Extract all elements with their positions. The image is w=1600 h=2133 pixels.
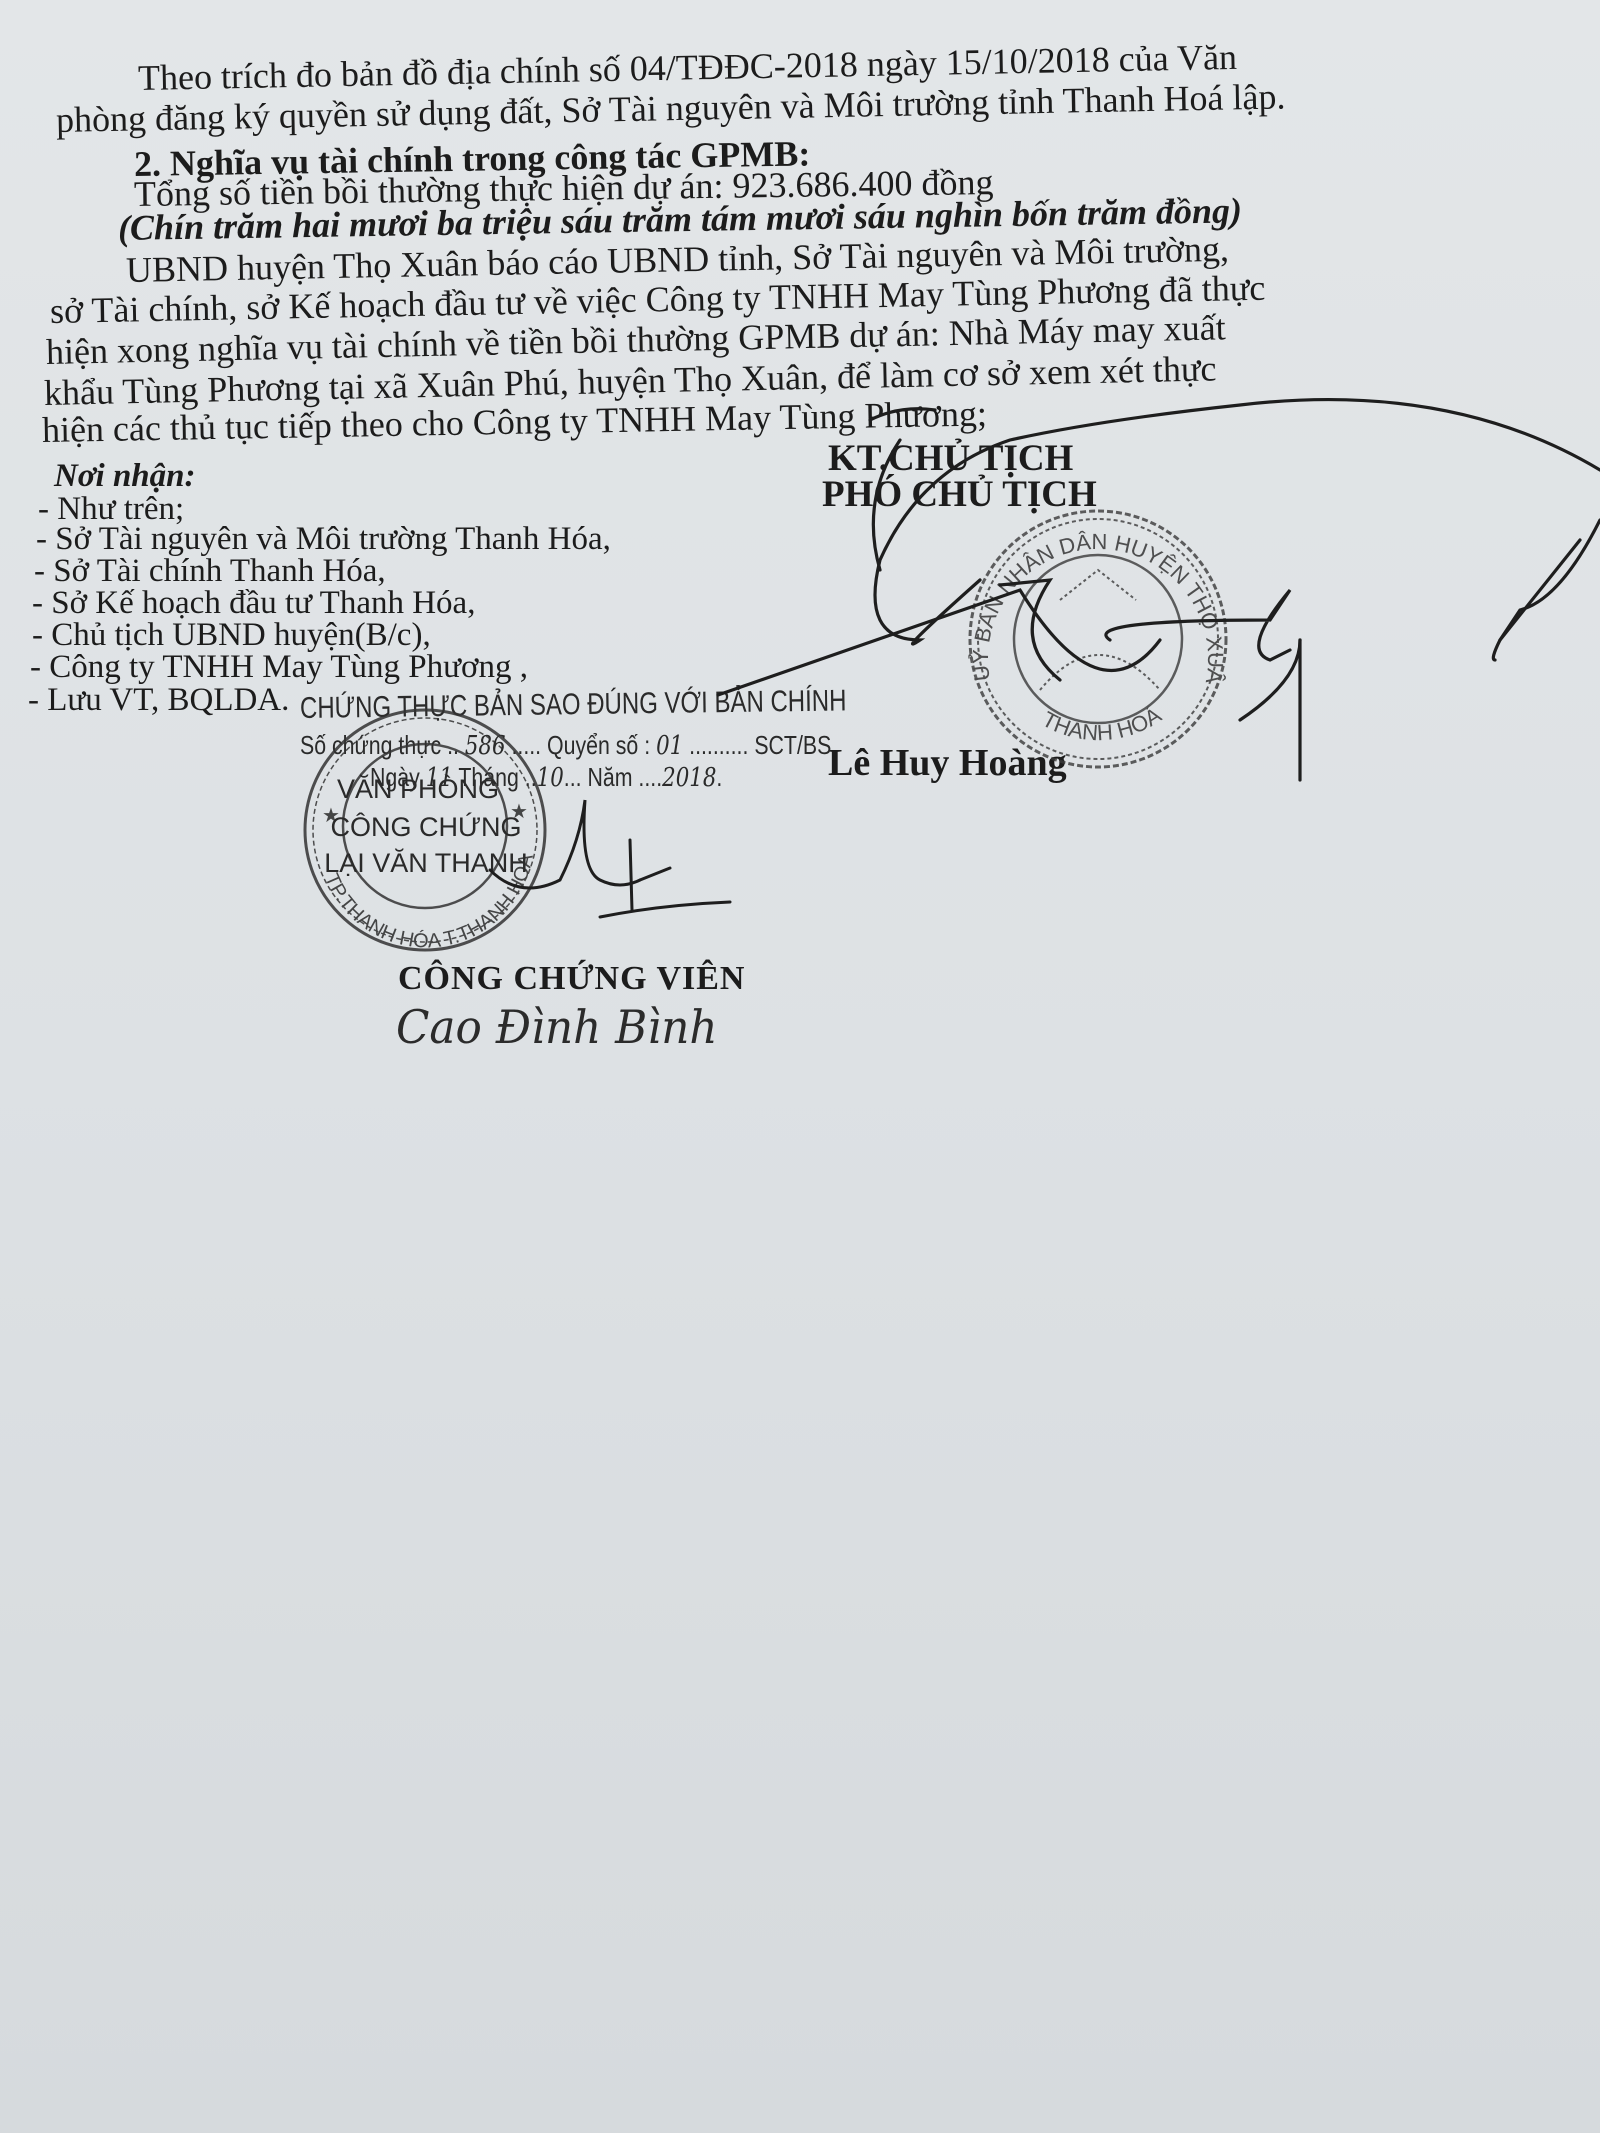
year-label: Năm [587, 762, 632, 792]
svg-text:★: ★ [510, 801, 528, 823]
certification-header: CHỨNG THỰC BẢN SAO ĐÚNG VỚI BẢN CHÍNH [300, 684, 847, 726]
dots: .. [525, 762, 537, 792]
dots: .... [638, 762, 662, 792]
svg-text:THANH HOÁ: THANH HOÁ [1038, 702, 1166, 745]
notary-name: Cao Đình Bình [396, 1004, 718, 1050]
notary-signature-icon [490, 800, 730, 917]
month-value: 10 [537, 763, 564, 793]
svg-text:LẠI VĂN THANH: LẠI VĂN THANH [324, 848, 528, 878]
signatory-title-2: PHÓ CHỦ TỊCH [822, 476, 1097, 513]
document-page: Theo trích đo bản đồ địa chính số 04/TĐĐ… [0, 0, 1600, 2133]
certification-number-label: Số chứng thực .. [300, 730, 459, 760]
certification-date-row: Ngày 11 Tháng ..10... Năm ....2018. [370, 762, 722, 793]
recipient-item: - Sở Kế hoạch đầu tư Thanh Hóa, [32, 587, 475, 620]
month-label: Tháng [458, 762, 518, 792]
certification-number-value: 586 [465, 731, 506, 761]
certification-number-row: Số chứng thực .. 586 ..... Quyển số : 01… [300, 730, 831, 761]
book-suffix: SCT/BS [754, 730, 831, 760]
recipient-item: - Sở Tài chính Thanh Hóa, [34, 555, 386, 588]
svg-text:TP.THANH HÓA T.THANH HÓA: TP.THANH HÓA T.THANH HÓA [320, 851, 538, 952]
signatory-title-1: KT.CHỦ TỊCH [828, 440, 1073, 477]
dots: ..... [511, 730, 541, 760]
recipients-title: Nơi nhận: [54, 460, 196, 493]
book-label: Quyển số : [547, 730, 650, 760]
svg-text:★: ★ [322, 805, 340, 827]
book-value: 01 [656, 731, 683, 761]
svg-text:CÔNG CHỨNG: CÔNG CHỨNG [330, 811, 521, 842]
recipient-item: - Lưu VT, BQLDA. [28, 684, 289, 717]
notary-title: CÔNG CHỨNG VIÊN [398, 962, 745, 996]
day-label: Ngày [370, 762, 420, 792]
dots: ... [564, 762, 582, 792]
recipient-item: - Chủ tịch UBND huyện(B/c), [32, 619, 431, 652]
dots: .......... [689, 730, 748, 760]
year-value: 2018 [662, 763, 716, 793]
signatory-name: Lê Huy Hoàng [828, 744, 1067, 782]
recipient-item: - Sở Tài nguyên và Môi trường Thanh Hóa, [36, 523, 611, 556]
day-value: 11 [426, 763, 453, 793]
recipient-item: - Công ty TNHH May Tùng Phương , [30, 651, 528, 684]
